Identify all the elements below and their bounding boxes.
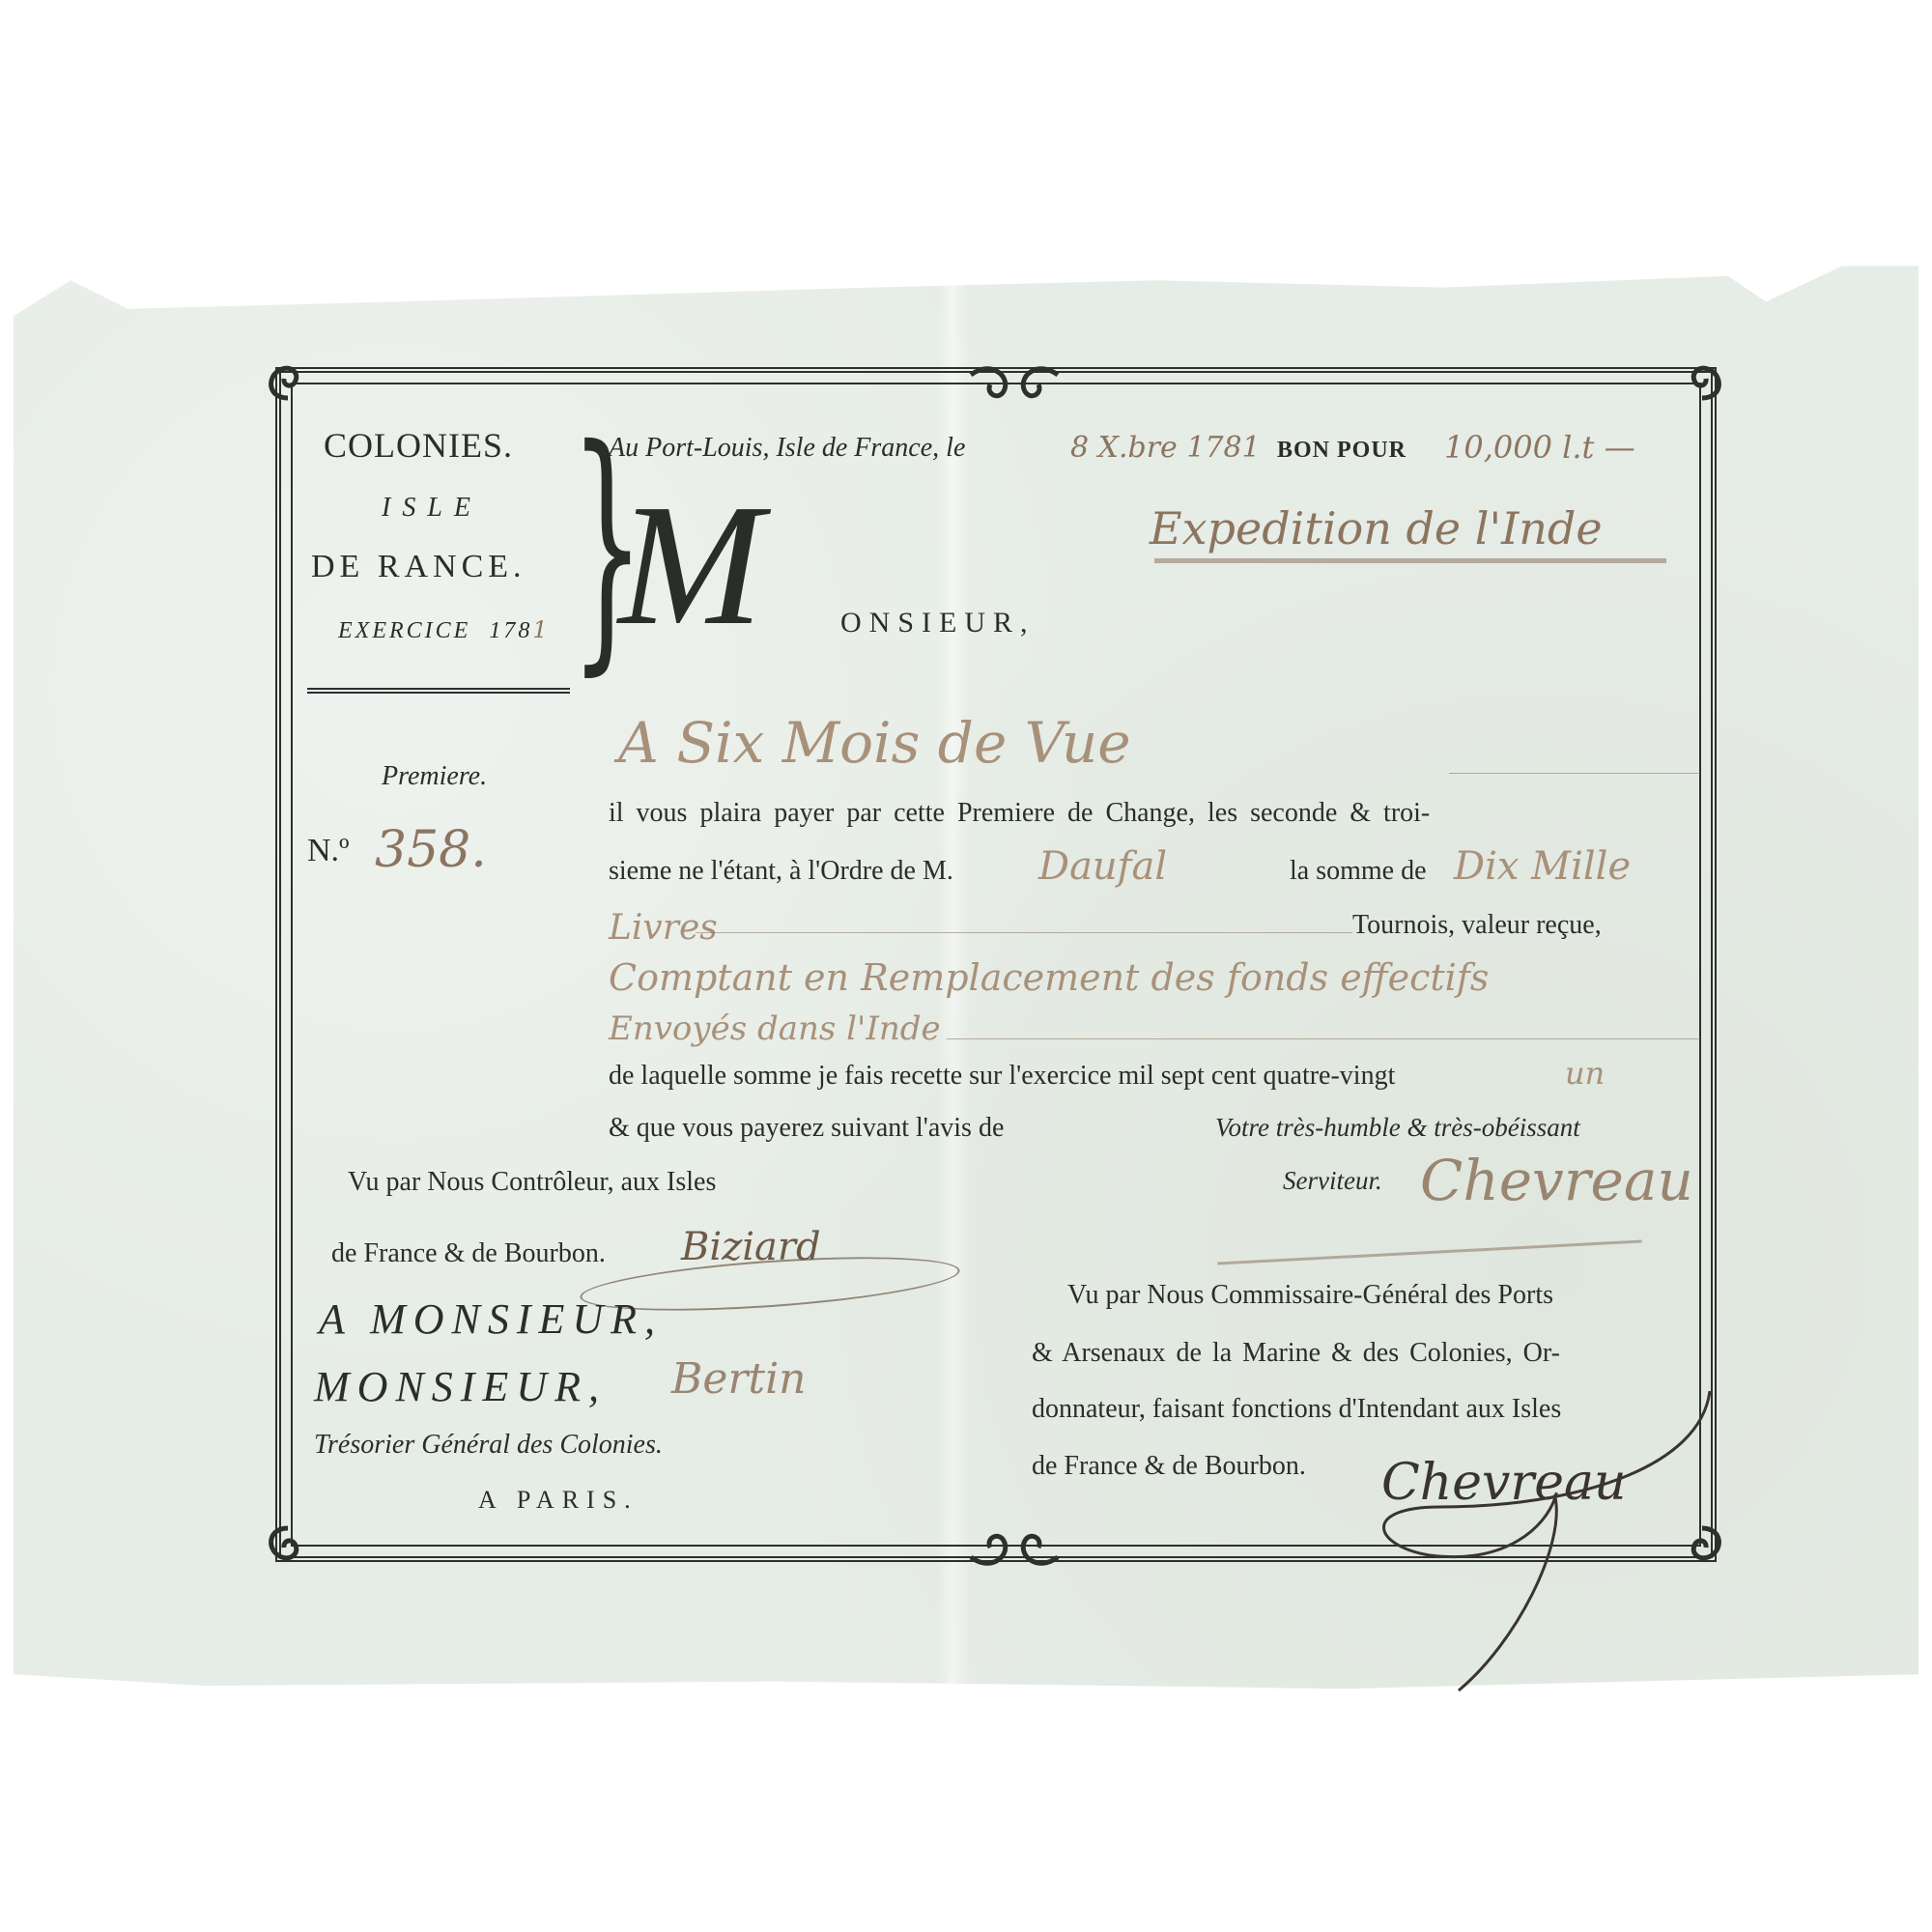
corner-ornament-icon [259, 350, 317, 408]
payee-handwritten: Daufal [1038, 844, 1167, 889]
number-label: N.º [307, 833, 350, 869]
isle-heading: ISLE [382, 493, 482, 524]
header-rule [307, 688, 570, 694]
addressee-line-4: A PARIS. [478, 1486, 639, 1515]
amount-handwritten: 10,000 l.t — [1444, 429, 1635, 466]
exercice-year: 178 [489, 618, 532, 643]
top-center-scroll-icon [961, 355, 1067, 413]
controleur-line-1: Vu par Nous Contrôleur, aux Isles [348, 1167, 716, 1198]
place-date-label: Au Port-Louis, Isle de France, le [609, 433, 965, 464]
commissaire-line-4: de France & de Bourbon. [1032, 1451, 1306, 1482]
copy-label: Premiere. [382, 761, 487, 792]
commissaire-line-1: Vu par Nous Commissaire-Général des Port… [1067, 1280, 1553, 1311]
bottom-center-scroll-icon [961, 1519, 1067, 1577]
value-handwritten-1: Comptant en Remplacement des fonds effec… [609, 956, 1489, 999]
exercice-year-handwritten: 1 [532, 616, 550, 643]
addressee-line-1: A MONSIEUR, [319, 1294, 663, 1344]
expedition-underline [1154, 558, 1666, 563]
closing-line-1: Votre très-humble & très-obéissant [1215, 1113, 1580, 1143]
year-handwritten: un [1565, 1055, 1605, 1092]
value-handwritten-2: Envoyés dans l'Inde [609, 1009, 941, 1048]
commissaire-signature-flourish-icon [1285, 1391, 1729, 1700]
body-line-1: il vous plaira payer par cette Premiere … [609, 798, 1430, 829]
addressee-line-3: Trésorier Général des Colonies. [314, 1430, 663, 1461]
exercice-label: EXERCICE [338, 618, 470, 643]
addressee-name-handwritten: Bertin [671, 1354, 807, 1404]
addressee-line-2: MONSIEUR, [314, 1362, 607, 1411]
body-line-4: de laquelle somme je fais recette sur l'… [609, 1061, 1395, 1092]
salutation-rest: ONSIEUR, [840, 607, 1036, 639]
sum-fill-line [696, 932, 1352, 933]
body-line-2b: la somme de [1290, 856, 1427, 887]
salutation-initial: M [618, 478, 763, 652]
number-handwritten: 358. [375, 821, 487, 879]
drawer-signature: Chevreau [1420, 1148, 1693, 1213]
body-line-3: Tournois, valeur reçue, [1352, 910, 1602, 941]
corner-ornament-icon [1673, 350, 1731, 408]
value-fill-line [947, 1038, 1700, 1039]
expedition-handwritten: Expedition de l'Inde [1150, 502, 1603, 554]
sum-handwritten-a: Dix Mille [1454, 844, 1631, 889]
corner-ornament-icon [259, 1519, 317, 1577]
de-rance-heading: DE RANCE. [311, 549, 526, 585]
sum-handwritten-b: Livres [609, 908, 718, 948]
date-handwritten: 8 X.bre 1781 [1070, 431, 1261, 465]
body-line-2a: sieme ne l'étant, à l'Ordre de M. [609, 856, 953, 887]
controleur-line-2: de France & de Bourbon. [331, 1238, 606, 1269]
commissaire-line-2: & Arsenaux de la Marine & des Colonies, … [1032, 1338, 1560, 1369]
term-fill-line [1449, 773, 1700, 774]
colonies-heading: COLONIES. [324, 425, 513, 466]
bon-pour-label: BON POUR [1277, 438, 1406, 464]
body-line-5: & que vous payerez suivant l'avis de [609, 1113, 1004, 1144]
term-handwritten: A Six Mois de Vue [618, 710, 1131, 776]
closing-line-2: Serviteur. [1283, 1166, 1382, 1196]
